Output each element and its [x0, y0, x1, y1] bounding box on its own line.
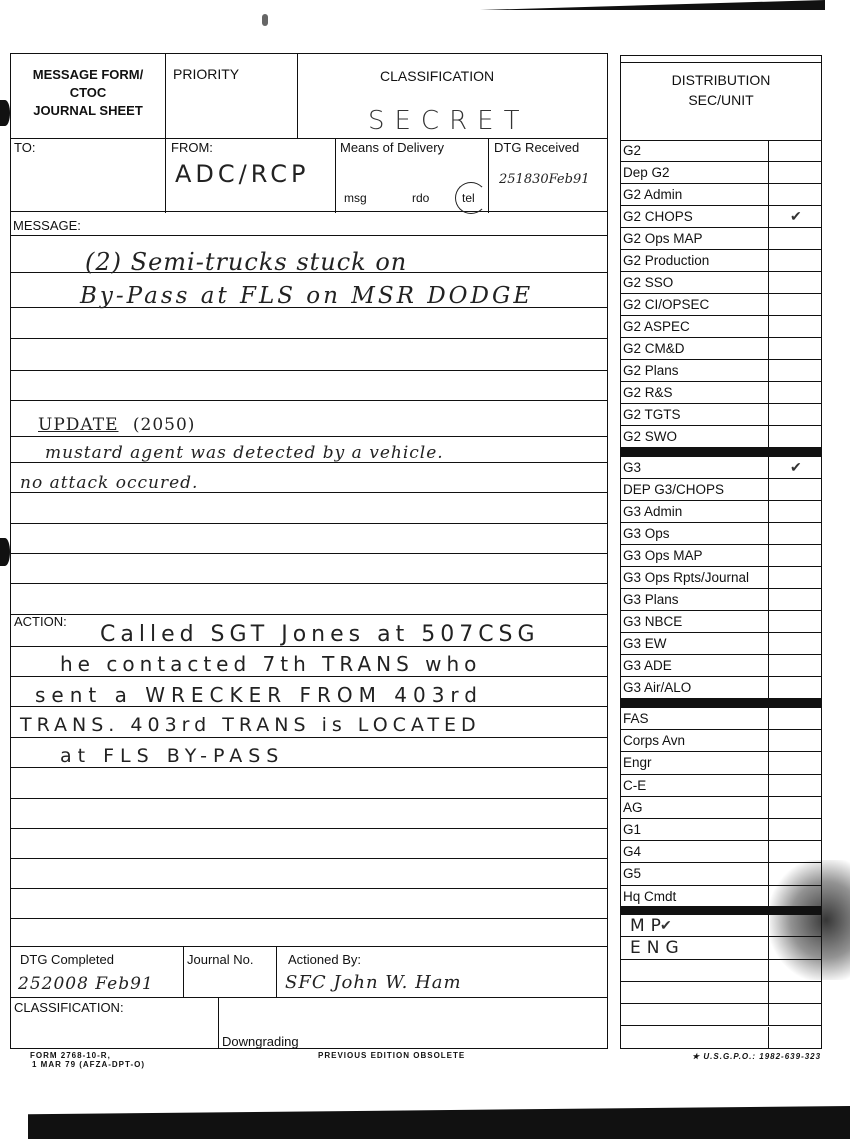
distribution-row[interactable]: G3✔: [620, 457, 822, 479]
means-option-msg[interactable]: msg: [344, 191, 367, 205]
classification-label: CLASSIFICATION: [380, 68, 494, 84]
distribution-row[interactable]: G2 Admin: [620, 184, 822, 206]
distribution-unit-name: ENG: [630, 938, 685, 958]
message-line-1[interactable]: (2) Semi-trucks stuck on: [85, 248, 407, 276]
distribution-row[interactable]: G3 Ops: [620, 523, 822, 545]
downgrading-label: Downgrading: [222, 1034, 299, 1049]
distribution-unit-name: G3 NBCE: [623, 614, 682, 629]
distribution-row[interactable]: G2 ASPEC: [620, 316, 822, 338]
actioned-by-value[interactable]: SFC John W. Ham: [285, 972, 462, 993]
form-date: 1 MAR 79 (AFZA-DPT-O): [32, 1060, 145, 1069]
edition-note: PREVIOUS EDITION OBSOLETE: [318, 1051, 465, 1060]
punch-hole-middle: [0, 538, 10, 566]
distribution-row[interactable]: G2 Ops MAP: [620, 228, 822, 250]
distribution-row[interactable]: FAS: [620, 708, 822, 730]
form-title-line1: MESSAGE FORM/: [18, 66, 158, 84]
distribution-check-cell[interactable]: [768, 1027, 769, 1048]
scan-speckle: [262, 14, 268, 26]
distribution-unit-name: G5: [623, 866, 641, 881]
journal-no-label: Journal No.: [187, 952, 253, 967]
from-label: FROM:: [171, 140, 213, 155]
actioned-by-label: Actioned By:: [288, 952, 361, 967]
distribution-row[interactable]: G1: [620, 819, 822, 841]
update-time: (2050): [133, 415, 196, 435]
distribution-unit-name: G2 Production: [623, 253, 709, 268]
distribution-title-line2: SEC/UNIT: [620, 90, 822, 110]
divider: [165, 53, 166, 138]
distribution-unit-name: G3: [623, 460, 641, 475]
distribution-unit-name: Engr: [623, 755, 652, 770]
distribution-check-cell[interactable]: [768, 819, 769, 840]
dtg-completed-label: DTG Completed: [20, 952, 114, 967]
distribution-unit-name: G3 Admin: [623, 504, 682, 519]
distribution-unit-name: G2 Ops MAP: [623, 231, 703, 246]
divider: [165, 138, 166, 213]
punch-hole-top: [0, 100, 10, 126]
distribution-unit-name: G3 Ops: [623, 526, 670, 541]
distribution-unit-name: G2: [623, 143, 641, 158]
distribution-unit-name: AG: [623, 800, 643, 815]
journal-no-field[interactable]: [187, 972, 272, 994]
distribution-row[interactable]: G2 CI/OPSEC: [620, 294, 822, 316]
distribution-check-cell[interactable]: [768, 360, 769, 381]
bottom-classification-label: CLASSIFICATION:: [14, 1000, 124, 1015]
distribution-row[interactable]: G2 Plans: [620, 360, 822, 382]
distribution-unit-name: G3 ADE: [623, 658, 672, 673]
distribution-unit-name: Hq Cmdt: [623, 889, 676, 904]
distribution-check-cell[interactable]: [768, 426, 769, 447]
divider: [10, 211, 608, 212]
check-mark-icon: ✔: [660, 917, 672, 934]
distribution-title-line1: DISTRIBUTION: [620, 70, 822, 90]
means-of-delivery-label: Means of Delivery: [340, 140, 444, 155]
distribution-row[interactable]: AG: [620, 797, 822, 819]
distribution-row[interactable]: G3 EW: [620, 633, 822, 655]
distribution-unit-name: G2 SSO: [623, 275, 673, 290]
distribution-check-cell[interactable]: [768, 937, 769, 958]
distribution-row[interactable]: G3 Ops Rpts/Journal: [620, 567, 822, 589]
distribution-unit-name: G3 Air/ALO: [623, 680, 691, 695]
distribution-row[interactable]: G3 ADE: [620, 655, 822, 677]
distribution-check-cell[interactable]: [768, 272, 769, 293]
action-line-1[interactable]: Called SGT Jones at 507CSG: [100, 622, 540, 647]
message-line-2[interactable]: By-Pass at FLS on MSR DODGE: [80, 283, 533, 309]
dtg-received-value[interactable]: 251830Feb91: [499, 172, 590, 187]
distribution-row[interactable]: [620, 1004, 822, 1026]
printer-note: ★ U.S.G.P.O.: 1982-639-323: [692, 1052, 821, 1061]
distribution-check-cell[interactable]: [768, 228, 769, 249]
distribution-check-cell[interactable]: [768, 382, 769, 403]
distribution-unit-name: G2 ASPEC: [623, 319, 690, 334]
distribution-check-cell[interactable]: [768, 1004, 769, 1025]
distribution-check-cell[interactable]: [768, 797, 769, 818]
distribution-unit-name: Dep G2: [623, 165, 670, 180]
distribution-check-cell[interactable]: [768, 863, 769, 884]
distribution-row[interactable]: DEP G3/CHOPS: [620, 479, 822, 501]
distribution-check-cell[interactable]: [768, 162, 769, 183]
update-label: UPDATE: [38, 415, 119, 435]
distribution-row[interactable]: G3 NBCE: [620, 611, 822, 633]
divider: [488, 138, 489, 213]
distribution-check-cell[interactable]: [768, 775, 769, 796]
scan-edge-top: [480, 0, 825, 10]
distribution-check-cell[interactable]: [768, 915, 769, 936]
distribution-check-cell[interactable]: [768, 294, 769, 315]
distribution-row[interactable]: C-E: [620, 775, 822, 797]
distribution-row[interactable]: Hq Cmdt: [620, 886, 822, 908]
dtg-received-label: DTG Received: [494, 140, 579, 155]
from-value[interactable]: ADC/RCP: [175, 160, 309, 188]
distribution-row[interactable]: G3 Ops MAP: [620, 545, 822, 567]
distribution-row[interactable]: G3 Admin: [620, 501, 822, 523]
distribution-check-cell[interactable]: [768, 404, 769, 425]
distribution-row[interactable]: G2 R&S: [620, 382, 822, 404]
distribution-row[interactable]: Engr: [620, 752, 822, 774]
form-title-line3: JOURNAL SHEET: [18, 102, 158, 120]
action-line-4[interactable]: TRANS. 403rd TRANS is LOCATED: [20, 714, 481, 736]
distribution-row[interactable]: G2: [620, 140, 822, 162]
action-line-5[interactable]: at FLS BY-PASS: [60, 745, 284, 767]
distribution-check-cell[interactable]: [768, 589, 769, 610]
form-number: FORM 2768-10-R,: [30, 1051, 111, 1060]
distribution-row[interactable]: G2 TGTS: [620, 404, 822, 426]
distribution-row[interactable]: G2 SSO: [620, 272, 822, 294]
distribution-unit-name: DEP G3/CHOPS: [623, 482, 724, 497]
distribution-row[interactable]: [620, 1027, 822, 1049]
distribution-check-cell[interactable]: [768, 457, 769, 478]
distribution-row[interactable]: G2 CM&D: [620, 338, 822, 360]
distribution-row[interactable]: G2 SWO: [620, 426, 822, 448]
distribution-row[interactable]: Dep G2: [620, 162, 822, 184]
distribution-title: DISTRIBUTION SEC/UNIT: [620, 70, 822, 110]
to-label: TO:: [14, 140, 35, 155]
distribution-unit-name: FAS: [623, 711, 649, 726]
distribution-row[interactable]: G4: [620, 841, 822, 863]
update-heading[interactable]: UPDATE (2050): [38, 415, 195, 435]
message-label: MESSAGE:: [13, 218, 81, 233]
form-title-line2: CTOC: [18, 84, 158, 102]
scan-edge-bottom: [28, 1106, 850, 1139]
distribution-check-cell[interactable]: [768, 184, 769, 205]
distribution-check-cell[interactable]: [768, 886, 769, 907]
dtg-completed-value[interactable]: 252008 Feb91: [18, 974, 154, 994]
divider: [297, 53, 298, 138]
check-mark-icon: ✔: [790, 208, 802, 225]
distribution-check-cell[interactable]: [768, 752, 769, 773]
priority-label: PRIORITY: [173, 66, 239, 82]
distribution-check-cell[interactable]: [768, 730, 769, 751]
distribution-unit-name: G2 CM&D: [623, 341, 685, 356]
distribution-unit-name: G4: [623, 844, 641, 859]
distribution-check-cell[interactable]: [768, 501, 769, 522]
distribution-check-cell[interactable]: [768, 633, 769, 654]
distribution-row[interactable]: [620, 960, 822, 982]
update-line-2[interactable]: no attack occured.: [20, 473, 198, 493]
distribution-unit-name: G2 SWO: [623, 429, 677, 444]
distribution-unit-name: G1: [623, 822, 641, 837]
update-line-1[interactable]: mustard agent was detected by a vehicle.: [45, 443, 444, 463]
distribution-unit-name: C-E: [623, 778, 646, 793]
action-label: ACTION:: [14, 614, 67, 629]
distribution-row[interactable]: G2 Production: [620, 250, 822, 272]
distribution-unit-name: G2 CHOPS: [623, 209, 693, 224]
distribution-check-cell[interactable]: [768, 611, 769, 632]
distribution-check-cell[interactable]: [768, 960, 769, 981]
distribution-check-cell[interactable]: [768, 841, 769, 862]
distribution-row[interactable]: [620, 982, 822, 1004]
distribution-check-cell[interactable]: [768, 708, 769, 729]
distribution-row[interactable]: G3 Air/ALO: [620, 677, 822, 699]
group-separator: [620, 699, 822, 708]
distribution-unit-name: G2 Plans: [623, 363, 679, 378]
distribution-check-cell[interactable]: [768, 545, 769, 566]
action-line-2[interactable]: he contacted 7th TRANS who: [60, 652, 481, 676]
group-separator: [620, 906, 822, 915]
distribution-check-cell[interactable]: [768, 338, 769, 359]
distribution-unit-name: G3 Ops Rpts/Journal: [623, 570, 749, 585]
distribution-row[interactable]: ENG: [620, 937, 822, 959]
distribution-row[interactable]: G5: [620, 863, 822, 885]
distribution-check-cell[interactable]: [768, 316, 769, 337]
distribution-unit-name: G2 CI/OPSEC: [623, 297, 709, 312]
tel-selected-circle: [455, 182, 487, 214]
distribution-check-cell[interactable]: [768, 250, 769, 271]
distribution-check-cell[interactable]: [768, 479, 769, 500]
distribution-unit-name: G3 EW: [623, 636, 667, 651]
form-title: MESSAGE FORM/ CTOC JOURNAL SHEET: [18, 66, 158, 120]
distribution-check-cell[interactable]: [768, 982, 769, 1003]
divider: [10, 138, 608, 139]
distribution-check-cell[interactable]: [768, 523, 769, 544]
to-field[interactable]: [14, 160, 159, 204]
priority-field[interactable]: [173, 90, 291, 130]
distribution-row[interactable]: G2 CHOPS✔: [620, 206, 822, 228]
distribution-row[interactable]: Corps Avn: [620, 730, 822, 752]
classification-value[interactable]: SECRET: [368, 106, 529, 136]
distribution-unit-name: Corps Avn: [623, 733, 685, 748]
divider: [335, 138, 336, 213]
distribution-check-cell[interactable]: [768, 655, 769, 676]
distribution-check-cell[interactable]: [768, 206, 769, 227]
distribution-row[interactable]: MP✔: [620, 915, 822, 937]
distribution-check-cell[interactable]: [768, 567, 769, 588]
action-line-3[interactable]: sent a WRECKER FROM 403rd: [35, 683, 483, 707]
distribution-row[interactable]: G3 Plans: [620, 589, 822, 611]
distribution-unit-name: G3 Ops MAP: [623, 548, 703, 563]
distribution-unit-name: G2 Admin: [623, 187, 682, 202]
distribution-unit-name: G2 R&S: [623, 385, 673, 400]
means-option-rdo[interactable]: rdo: [412, 191, 429, 205]
distribution-unit-name: G3 Plans: [623, 592, 679, 607]
distribution-check-cell[interactable]: [768, 140, 769, 161]
distribution-unit-name: G2 TGTS: [623, 407, 681, 422]
check-mark-icon: ✔: [790, 459, 802, 476]
distribution-check-cell[interactable]: [768, 677, 769, 698]
group-separator: [620, 448, 822, 457]
